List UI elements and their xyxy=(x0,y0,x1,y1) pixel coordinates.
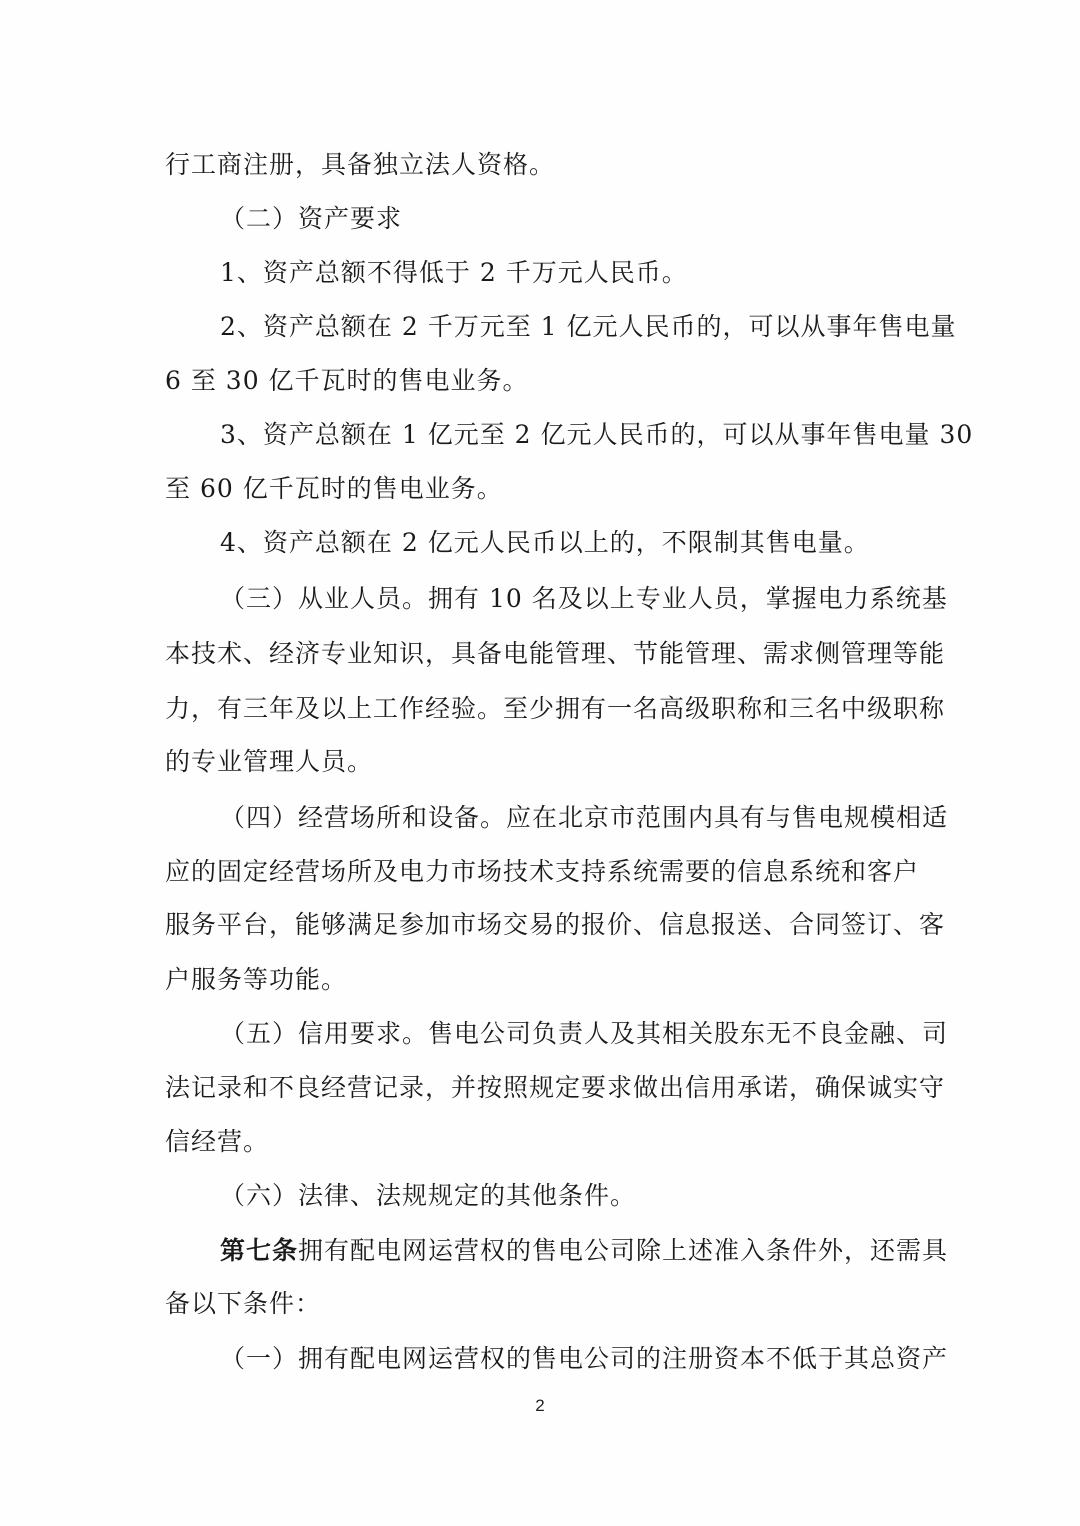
paragraph-line: （四）经营场所和设备。应在北京市范围内具有与售电规模相适 xyxy=(220,798,917,838)
paragraph-line: 法记录和不良经营记录，并按照规定要求做出信用承诺，确保诚实守 xyxy=(165,1068,917,1108)
page-number: 2 xyxy=(0,1396,1080,1416)
paragraph-line: 6 至 30 亿千瓦时的售电业务。 xyxy=(165,361,917,401)
paragraph-line: 应的固定经营场所及电力市场技术支持系统需要的信息系统和客户 xyxy=(165,852,917,892)
paragraph-line: （六）法律、法规规定的其他条件。 xyxy=(220,1176,917,1216)
article-7-heading: 第七条 xyxy=(220,1236,298,1265)
paragraph-line: 至 60 亿千瓦时的售电业务。 xyxy=(165,469,917,509)
paragraph-line: 本技术、经济专业知识，具备电能管理、节能管理、需求侧管理等能 xyxy=(165,634,917,674)
paragraph-line: 力，有三年及以上工作经验。至少拥有一名高级职称和三名中级职称 xyxy=(165,689,917,729)
paragraph-line: 户服务等功能。 xyxy=(165,960,917,1000)
paragraph-line: 的专业管理人员。 xyxy=(165,742,917,782)
article-7-line-1: 第七条拥有配电网运营权的售电公司除上述准入条件外，还需具 xyxy=(220,1231,917,1271)
article-7-item-1: （一）拥有配电网运营权的售电公司的注册资本不低于其总资产 xyxy=(220,1339,917,1379)
article-7-line-2: 备以下条件： xyxy=(165,1284,917,1324)
paragraph-line: （二）资产要求 xyxy=(220,199,917,239)
paragraph-line: （五）信用要求。售电公司负责人及其相关股东无不良金融、司 xyxy=(220,1014,917,1054)
paragraph-line: 服务平台，能够满足参加市场交易的报价、信息报送、合同签订、客 xyxy=(165,905,917,945)
paragraph-line: 3、资产总额在 1 亿元至 2 亿元人民币的，可以从事年售电量 30 xyxy=(220,415,917,455)
paragraph-line: 4、资产总额在 2 亿元人民币以上的，不限制其售电量。 xyxy=(220,523,917,563)
paragraph-line: 1、资产总额不得低于 2 千万元人民币。 xyxy=(220,253,917,293)
document-page: 行工商注册，具备独立法人资格。（二）资产要求1、资产总额不得低于 2 千万元人民… xyxy=(0,0,1080,1526)
paragraph-line: （三）从业人员。拥有 10 名及以上专业人员，掌握电力系统基 xyxy=(220,579,917,619)
paragraph-line: 信经营。 xyxy=(165,1122,917,1162)
paragraph-line: 2、资产总额在 2 千万元至 1 亿元人民币的，可以从事年售电量 xyxy=(220,307,917,347)
paragraph-line: 行工商注册，具备独立法人资格。 xyxy=(165,145,917,185)
article-7-text: 拥有配电网运营权的售电公司除上述准入条件外，还需具 xyxy=(298,1236,948,1265)
